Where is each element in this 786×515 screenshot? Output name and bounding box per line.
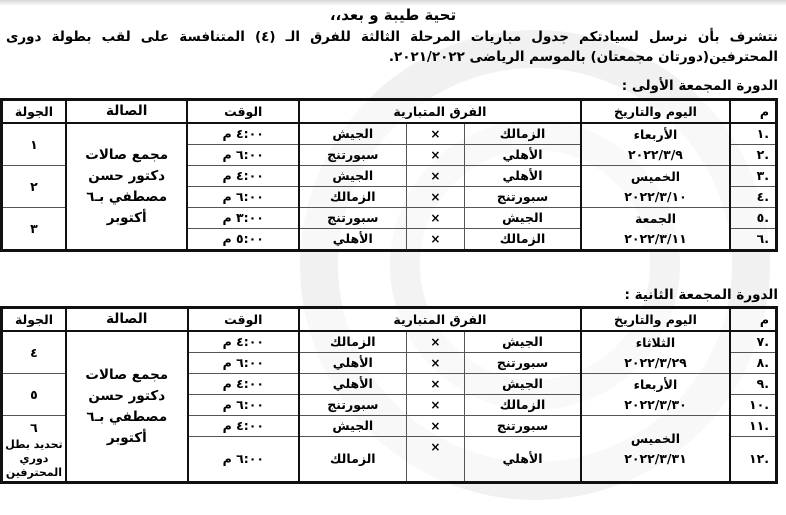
home-team: الزمالك bbox=[465, 395, 581, 416]
home-team: الأهلي bbox=[465, 166, 581, 187]
versus-mark: × bbox=[406, 123, 465, 145]
match-day: الخميس bbox=[582, 429, 729, 449]
match-time: ٦:٠٠ م bbox=[187, 145, 299, 166]
match-date: ٢٠٢٢/٣/١٠ bbox=[582, 187, 729, 207]
match-day: الخميس bbox=[582, 167, 729, 187]
round-number-cell: ٢ bbox=[2, 166, 66, 208]
match-time: ٤:٠٠ م bbox=[187, 123, 299, 145]
round-number: ٤ bbox=[3, 343, 65, 363]
home-team: الأهلي bbox=[465, 437, 581, 483]
col-header-hall: الصالة bbox=[66, 100, 188, 124]
col-header-day-date: اليوم والتاريخ bbox=[581, 308, 730, 332]
match-number: .١ bbox=[730, 123, 776, 145]
home-team: الزمالك bbox=[465, 123, 581, 145]
home-team: سبورتنج bbox=[465, 353, 581, 374]
versus-mark: × bbox=[406, 187, 465, 208]
match-number: .٣ bbox=[730, 166, 776, 187]
match-time: ٣:٠٠ م bbox=[187, 208, 299, 229]
match-number: .٦ bbox=[730, 229, 776, 251]
away-team: الجيش bbox=[299, 123, 406, 145]
greeting: تحية طيبة و بعد،، bbox=[0, 6, 786, 24]
match-number: .٥ bbox=[730, 208, 776, 229]
round-note: تحديد بطل دوري المحترفين bbox=[3, 438, 65, 480]
col-header-time: الوقت bbox=[187, 100, 299, 124]
match-number: .٤ bbox=[730, 187, 776, 208]
away-team: الأهلي bbox=[299, 229, 406, 251]
match-date: ٢٠٢٢/٣/٣٠ bbox=[582, 395, 729, 415]
day-date-cell: الجمعة٢٠٢٢/٣/١١ bbox=[581, 208, 730, 251]
first-round-title: الدورة المجمعة الأولى : bbox=[622, 78, 778, 94]
second-round-title: الدورة المجمعة الثانية : bbox=[624, 287, 778, 303]
match-time: ٤:٠٠ م bbox=[187, 166, 299, 187]
col-header-teams: الفرق المتبارية bbox=[299, 308, 581, 332]
venue-hall: مجمع صالات دكتور حسن مصطفي بـ٦ أكتوبر bbox=[66, 331, 188, 483]
round-number-cell: ٥ bbox=[2, 374, 67, 416]
match-time: ٤:٠٠ م bbox=[188, 374, 299, 395]
col-header-round: الجولة bbox=[2, 100, 66, 124]
versus-mark: × bbox=[406, 395, 465, 416]
second-round-schedule-table: ماليوم والتاريخالفرق المتباريةالوقتالصال… bbox=[0, 306, 778, 484]
venue-hall: مجمع صالات دكتور حسن مصطفي بـ٦ أكتوبر bbox=[66, 123, 188, 251]
match-number: .١١ bbox=[730, 416, 776, 437]
away-team: الجيش bbox=[299, 166, 406, 187]
col-header-time: الوقت bbox=[188, 308, 299, 332]
away-team: الجيش bbox=[299, 416, 406, 437]
match-number: .٩ bbox=[730, 374, 776, 395]
round-number: ١ bbox=[3, 135, 65, 155]
match-row: .٧الثلاثاء٢٠٢٢/٣/٢٩الجيش×الزمالك٤:٠٠ ممج… bbox=[2, 331, 777, 353]
header-row: ماليوم والتاريخالفرق المتباريةالوقتالصال… bbox=[2, 308, 777, 332]
match-date: ٢٠٢٢/٣/٢٩ bbox=[582, 353, 729, 373]
match-number: .٢ bbox=[730, 145, 776, 166]
match-number: .١٢ bbox=[730, 437, 776, 483]
away-team: الأهلي bbox=[299, 374, 406, 395]
match-time: ٦:٠٠ م bbox=[187, 187, 299, 208]
away-team: الأهلي bbox=[299, 353, 406, 374]
versus-mark: × bbox=[406, 374, 465, 395]
versus-mark: × bbox=[406, 416, 465, 437]
home-team: الجيش bbox=[465, 374, 581, 395]
match-row: .١الأربعاء٢٠٢٢/٣/٩الزمالك×الجيش٤:٠٠ ممجم… bbox=[2, 123, 777, 145]
home-team: سبورتنج bbox=[465, 187, 581, 208]
match-number: .٨ bbox=[730, 353, 776, 374]
versus-mark: × bbox=[406, 331, 465, 353]
round-number: ٣ bbox=[3, 219, 65, 239]
match-date: ٢٠٢٢/٣/٩ bbox=[582, 145, 729, 165]
col-header-num: م bbox=[730, 308, 776, 332]
round-number-cell: ٦تحديد بطل دوري المحترفين bbox=[2, 416, 67, 483]
match-time: ٦:٠٠ م bbox=[188, 437, 299, 483]
match-date: ٢٠٢٢/٣/١١ bbox=[582, 229, 729, 249]
round-number-cell: ٣ bbox=[2, 208, 66, 251]
home-team: الأهلي bbox=[465, 145, 581, 166]
versus-mark: × bbox=[406, 145, 465, 166]
versus-mark: × bbox=[406, 208, 465, 229]
match-number: .٧ bbox=[730, 331, 776, 353]
day-date-cell: الخميس٢٠٢٢/٣/٣١ bbox=[581, 416, 730, 483]
away-team: سبورتنج bbox=[299, 395, 406, 416]
header-row: ماليوم والتاريخالفرق المتباريةالوقتالصال… bbox=[2, 100, 777, 124]
day-date-cell: الأربعاء٢٠٢٢/٣/٩ bbox=[581, 123, 730, 166]
col-header-hall: الصالة bbox=[66, 308, 188, 332]
match-date: ٢٠٢٢/٣/٣١ bbox=[582, 449, 729, 469]
home-team: الزمالك bbox=[465, 229, 581, 251]
away-team: الزمالك bbox=[299, 331, 406, 353]
match-time: ٤:٠٠ م bbox=[188, 331, 299, 353]
col-header-num: م bbox=[730, 100, 776, 124]
versus-mark: × bbox=[406, 437, 465, 483]
col-header-teams: الفرق المتبارية bbox=[299, 100, 581, 124]
away-team: سبورتنج bbox=[299, 145, 406, 166]
home-team: سبورتنج bbox=[465, 416, 581, 437]
match-day: الجمعة bbox=[582, 209, 729, 229]
intro-paragraph: نتشرف بأن نرسل لسيادتكم جدول مباريات الم… bbox=[6, 27, 778, 67]
home-team: الجيش bbox=[465, 208, 581, 229]
match-number: .١٠ bbox=[730, 395, 776, 416]
away-team: سبورتنج bbox=[299, 208, 406, 229]
col-header-round: الجولة bbox=[2, 308, 67, 332]
home-team: الجيش bbox=[465, 331, 581, 353]
match-time: ٦:٠٠ م bbox=[188, 353, 299, 374]
versus-mark: × bbox=[406, 229, 465, 251]
away-team: الزمالك bbox=[299, 437, 406, 483]
versus-mark: × bbox=[406, 166, 465, 187]
round-number: ٢ bbox=[3, 177, 65, 197]
match-day: الأربعاء bbox=[582, 375, 729, 395]
first-round-schedule-table: ماليوم والتاريخالفرق المتباريةالوقتالصال… bbox=[0, 98, 778, 252]
round-number-cell: ١ bbox=[2, 123, 66, 166]
match-day: الأربعاء bbox=[582, 125, 729, 145]
away-team: الزمالك bbox=[299, 187, 406, 208]
col-header-day-date: اليوم والتاريخ bbox=[581, 100, 730, 124]
round-number: ٦ bbox=[3, 418, 65, 438]
match-time: ٥:٠٠ م bbox=[187, 229, 299, 251]
match-time: ٤:٠٠ م bbox=[188, 416, 299, 437]
round-number: ٥ bbox=[3, 385, 65, 405]
match-day: الثلاثاء bbox=[582, 333, 729, 353]
day-date-cell: الأربعاء٢٠٢٢/٣/٣٠ bbox=[581, 374, 730, 416]
round-number-cell: ٤ bbox=[2, 331, 67, 374]
match-time: ٦:٠٠ م bbox=[188, 395, 299, 416]
day-date-cell: الخميس٢٠٢٢/٣/١٠ bbox=[581, 166, 730, 208]
versus-mark: × bbox=[406, 353, 465, 374]
day-date-cell: الثلاثاء٢٠٢٢/٣/٢٩ bbox=[581, 331, 730, 374]
